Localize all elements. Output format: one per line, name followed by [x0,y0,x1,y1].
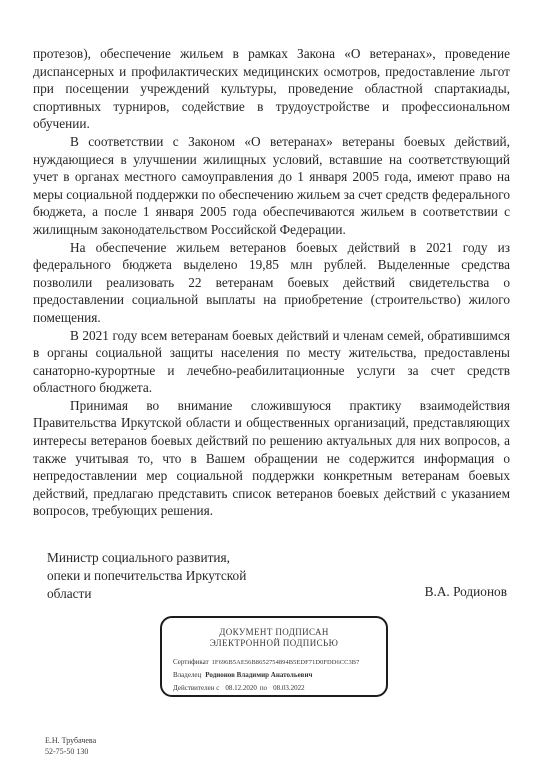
paragraph: В 2021 году всем ветеранам боевых действ… [33,327,510,397]
stamp-owner-line: ВладелецРодионов Владимир Анатольевич [173,669,375,682]
scanned-letter-page: протезов), обеспечение жильем в рамках З… [0,0,540,779]
owner-name: Родионов Владимир Анатольевич [205,671,312,679]
stamp-certificate-line: Сертификат1F696B5AE56B8652754894B5EDF71D… [173,656,375,669]
paragraph: Принимая во внимание сложившуюся практик… [33,397,510,520]
signatory-name: В.А. Родионов [425,583,507,601]
owner-label: Владелец [173,671,201,679]
stamp-title-line1: ДОКУМЕНТ ПОДПИСАН [162,627,386,638]
paragraph: На обеспечение жильем ветеранов боевых д… [33,239,510,327]
stamp-title: ДОКУМЕНТ ПОДПИСАН ЭЛЕКТРОННОЙ ПОДПИСЬЮ [162,627,386,649]
certificate-value: 1F696B5AE56B8652754894B5EDF71D0FDD6CC3B7 [212,659,360,666]
signatory-position: Министр социального развития, опеки и по… [47,549,246,603]
paragraph: В соответствии с Законом «О ветеранах» в… [33,133,510,239]
letter-body: протезов), обеспечение жильем в рамках З… [33,45,510,520]
stamp-validity-line: Действителен с08.12.2020по08.03.2022 [173,682,375,695]
validity-to-label: по [260,684,267,692]
stamp-details: Сертификат1F696B5AE56B8652754894B5EDF71D… [162,656,386,695]
stamp-title-line2: ЭЛЕКТРОННОЙ ПОДПИСЬЮ [162,638,386,649]
electronic-signature-stamp: ДОКУМЕНТ ПОДПИСАН ЭЛЕКТРОННОЙ ПОДПИСЬЮ С… [160,616,388,697]
validity-label: Действителен с [173,684,219,692]
executor-contact: Е.Н. Трубачева 52-75-50 130 [45,735,96,757]
paragraph: протезов), обеспечение жильем в рамках З… [33,45,510,133]
validity-to-date: 08.03.2022 [273,684,305,692]
validity-from-date: 08.12.2020 [225,684,257,692]
certificate-label: Сертификат [173,658,209,666]
